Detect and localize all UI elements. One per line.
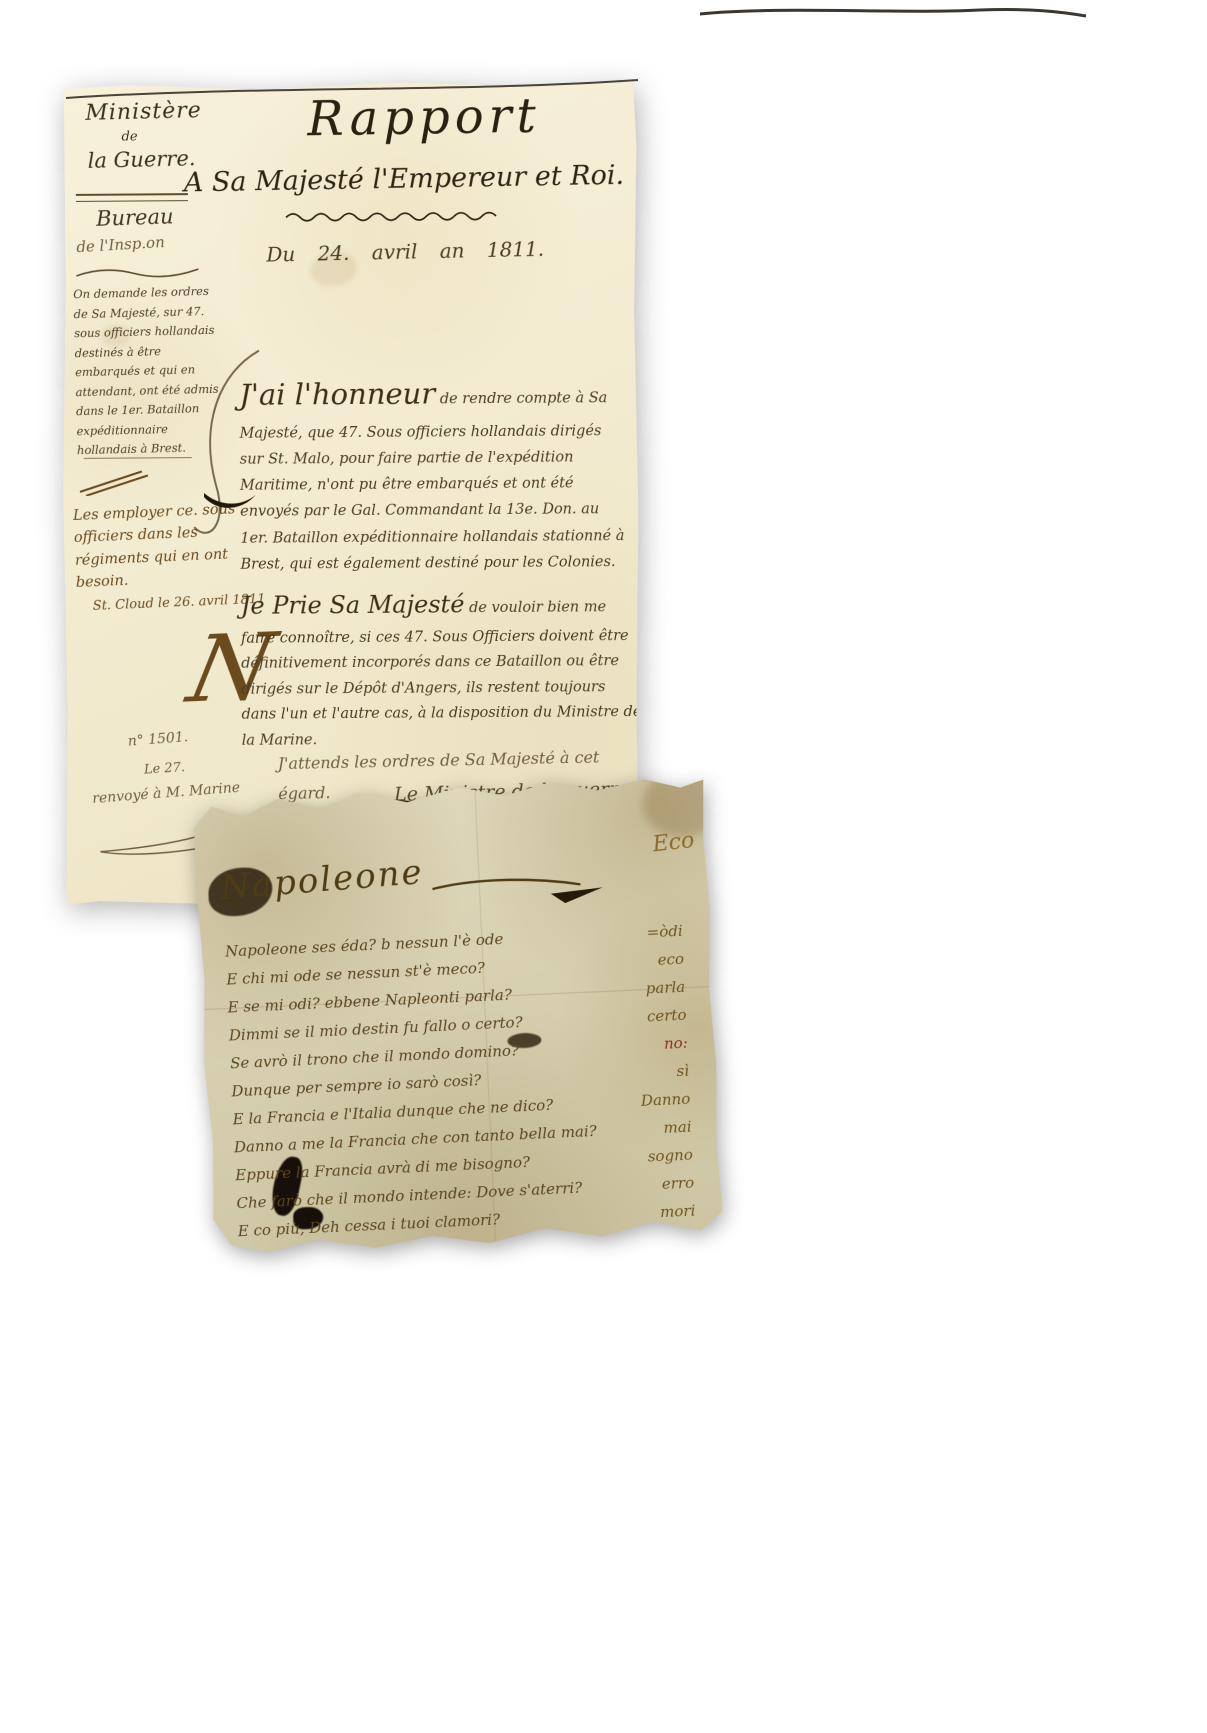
echo-question: Napoleone ses éda? b nessun l'è ode [225, 930, 504, 961]
photograph-of-manuscripts: Ministère de la Guerre. Bureau de l'Insp… [0, 0, 1207, 1733]
bureau-line2: de l'Insp.on [76, 233, 165, 256]
docket-day: Le 27. [144, 760, 186, 777]
wavy-underline [282, 207, 512, 225]
echo-question: Che farò che il mondo intende: Dove s'at… [236, 1179, 582, 1213]
echo-question: E se mi odi? ebbene Napleonti parla? [227, 986, 512, 1017]
report-subtitle: A Sa Majesté l'Empereur et Roi. [184, 160, 625, 199]
date-line: Du 24. avril an 1811. [266, 237, 544, 267]
double-rule [76, 193, 188, 202]
echo-answer: erro [661, 1174, 694, 1193]
body-paragraph-2: Je Prie Sa Majesté de vouloir bien me fa… [241, 582, 642, 754]
echo-question: Eppure la Francia avrà di me bisogno? [235, 1153, 531, 1184]
echo-dialogue: Napoleone ses éda? b nessun l'è ode=òdi … [225, 922, 696, 1240]
echo-answer: mai [663, 1118, 692, 1137]
echo-question: E chi mi ode se nessun st'è meco? [226, 959, 485, 989]
note-heading-right: Eco [652, 828, 696, 858]
echo-answer: eco [657, 950, 684, 969]
echo-question: Dimmi se il mio destin fu fallo o certo? [228, 1013, 523, 1044]
echo-answer: parla [645, 978, 685, 998]
docket-number: n° 1501. [127, 729, 189, 750]
bureau-line1: Bureau [96, 204, 174, 231]
department-name-line3: la Guerre. [87, 146, 195, 173]
note-heading: Napoleone [219, 852, 425, 908]
echo-answer: Danno [641, 1090, 691, 1110]
paragraph-1-text: de rendre compte à Sa Majesté, que 47. S… [240, 390, 625, 572]
dark-edge-streaks [0, 0, 1207, 120]
echo-answer: sì [676, 1062, 689, 1081]
paragraph-2-text: de vouloir bien me faire connoître, si c… [241, 599, 642, 748]
echo-answer: no: [664, 1034, 689, 1053]
echo-answer: =òdi [646, 922, 683, 942]
echo-question: Danno a me la Francia che con tanto bell… [234, 1122, 598, 1156]
department-name-line2: de [121, 129, 137, 144]
echo-question: Se avrò il trono che il mondo domino? [230, 1041, 520, 1072]
echo-question: E co più, Deh cessa i tuoi clamori? [237, 1210, 500, 1240]
echo-answer: sogno [647, 1146, 693, 1166]
echo-answer: certo [647, 1006, 687, 1026]
echo-answer: mori [660, 1202, 696, 1222]
echo-question: E la Francia e l'Italia dunque che ne di… [232, 1096, 553, 1129]
flourish-under-bureau [72, 261, 202, 284]
heading-dash-and-blot [430, 869, 611, 913]
paragraph-1-lead: J'ai l'honneur [239, 376, 435, 411]
napoleon-check-mark [78, 467, 156, 496]
paragraph-2-lead: Je Prie Sa Majesté [241, 590, 465, 620]
echo-question: Dunque per sempre io sarò così? [231, 1071, 482, 1100]
echo-note-sheet: Napoleone Eco Napoleone ses éda? b nessu… [190, 773, 726, 1258]
body-paragraph-1: J'ai l'honneur de rendre compte à Sa Maj… [239, 366, 628, 577]
